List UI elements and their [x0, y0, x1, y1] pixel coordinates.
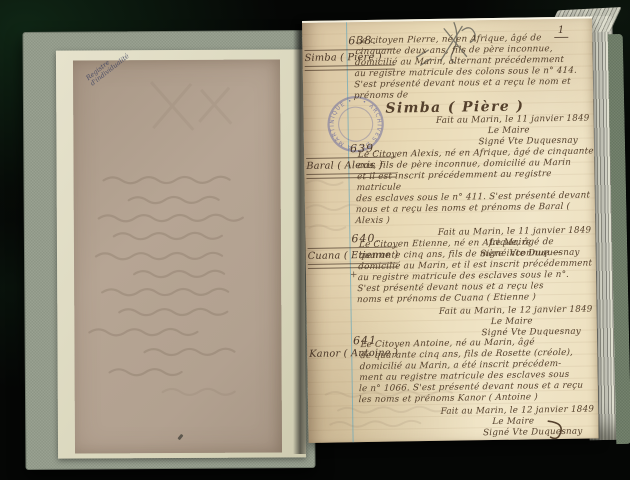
left-blank-page: Registre d'individualité [73, 59, 282, 453]
ink-bleedthrough-left [73, 59, 282, 453]
ink-bleedthrough-right [302, 18, 599, 443]
book-scan: Registre d'individualité [0, 0, 630, 480]
right-written-page: 1 • ARCHIVES DE LA MARTINIQUE • 638. [302, 16, 599, 443]
